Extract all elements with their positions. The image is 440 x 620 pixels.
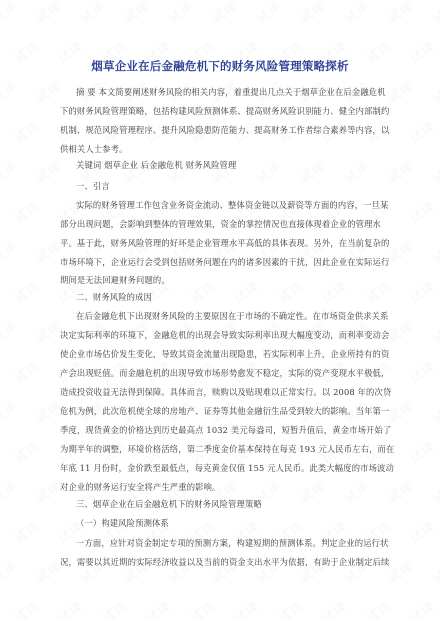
document-page: 试读试读试读试读试读试读试读试读试读试读试读试读试读试读试读试读试读试读试读试读… (0, 0, 440, 620)
watermark-text: 试读 (339, 0, 373, 27)
abstract-line: 摘 要 本文简要阐述财务风险的相关内容，着重提出几点关于烟草企业在后金融危机 (60, 87, 380, 98)
watermark-text: 试读 (0, 476, 21, 508)
watermark-text: 试读 (383, 0, 417, 27)
watermark-text: 试读 (405, 116, 439, 148)
watermark-text: 试读 (427, 76, 440, 108)
watermark-text: 试读 (405, 356, 439, 388)
watermark-text: 试读 (185, 596, 219, 620)
watermark-text: 试读 (251, 0, 285, 27)
document-title: 烟草企业在后金融危机下的财务风险管理策略探析 (0, 58, 440, 74)
paragraph-line: 市场环境下，企业运行会受到包括财务问题在内的诸多因素的干扰，因此企业在实际运行 (60, 257, 380, 268)
abstract-line: 下的财务风险管理策略，包括构建风险预测体系、提高财务风险识别能力、健全内部制约 (60, 106, 380, 117)
watermark-text: 试读 (273, 596, 307, 620)
watermark-text: 试读 (427, 396, 440, 428)
watermark-text: 试读 (0, 0, 21, 27)
paragraph-line: 决定实际利率的环境下，金融危机的出现会导致实际利率出现大幅度变动，而利率变动会 (60, 330, 380, 341)
watermark-text: 试读 (141, 596, 175, 620)
subsection-heading-risk-prediction: （一）构建风险预测体系 (60, 518, 380, 529)
paragraph-line: 产会出现贬值。而金融危机的出现导致市场形势愈发不稳定，实际的资产变现水平极低， (60, 368, 380, 379)
watermark-text: 试读 (9, 436, 43, 468)
watermark-text: 试读 (9, 596, 43, 620)
section-heading-strategies: 三、烟草企业在后金融危机下的财务风险管理策略 (60, 499, 380, 510)
watermark-text: 试读 (427, 316, 440, 348)
paragraph-line: 部分出现问题，会影响到整体的管理效果，资金的掌控情况也直接体现着企业的管理水 (60, 219, 380, 230)
watermark-text: 试读 (9, 516, 43, 548)
section-heading-intro: 一、引言 (60, 181, 380, 192)
paragraph-line: 造成投资收益无法得到保障。具体而言，赎购以及贴现难以正常实行。以 2008 年的… (60, 387, 380, 398)
watermark-text: 试读 (427, 156, 440, 188)
watermark-text: 试读 (0, 156, 21, 188)
watermark-text: 试读 (0, 76, 21, 108)
watermark-text: 试读 (405, 596, 439, 620)
watermark-text: 试读 (383, 476, 417, 508)
watermark-text: 试读 (427, 476, 440, 508)
watermark-text: 试读 (383, 156, 417, 188)
paragraph-line: 况，需要以其近期的实际经济收益以及当前的资金支出水平为依据，有助于企业制定后续 (60, 557, 380, 568)
watermark-text: 试读 (163, 0, 197, 27)
watermark-text: 试读 (207, 0, 241, 27)
watermark-text: 试读 (0, 396, 21, 428)
watermark-text: 试读 (427, 556, 440, 588)
watermark-text: 试读 (427, 236, 440, 268)
watermark-text: 试读 (97, 596, 131, 620)
paragraph-line: 季度，现货黄金的价格达到历史最高点 1032 美元每盎司，短暂升值后，黄金市场开… (60, 425, 380, 436)
watermark-text: 试读 (9, 196, 43, 228)
section-heading-causes: 二、财务风险的成因 (60, 292, 380, 303)
paragraph-line: 对企业的财务运行安全将产生严重的影响。 (60, 482, 380, 493)
watermark-text: 试读 (229, 596, 263, 620)
watermark-text: 试读 (0, 236, 21, 268)
paragraph-line: 危机为例，此次危机使全球的房地产、证券等其他金融衍生品受到较大的影响。当年第一 (60, 406, 380, 417)
paragraph-line: 使企业市场估价发生变化，导致其资金流量出现隐患，若实际利率上升，企业所持有的资 (60, 349, 380, 360)
watermark-text: 试读 (75, 0, 109, 27)
watermark-text: 试读 (119, 0, 153, 27)
watermark-text: 试读 (383, 76, 417, 108)
paragraph-line: 年底 11 月份时，金价跌至最低点，每克黄金仅值 155 元人民币。此类大幅度的… (60, 463, 380, 474)
paragraph-line: 平。基于此，财务风险管理的好坏是企业管理水平高低的具体表现。另外，在当前复杂的 (60, 238, 380, 249)
watermark-text: 试读 (405, 516, 439, 548)
watermark-text: 试读 (53, 596, 87, 620)
abstract-line: 供相关人士参考。 (60, 144, 380, 155)
watermark-text: 试读 (295, 0, 329, 27)
paragraph-line: 期间是无法回避财务问题的。 (60, 275, 380, 286)
watermark-text: 试读 (9, 116, 43, 148)
watermark-text: 试读 (9, 276, 43, 308)
watermark-text: 试读 (405, 196, 439, 228)
watermark-text: 试读 (405, 436, 439, 468)
watermark-text: 试读 (9, 356, 43, 388)
paragraph-line: 一方面，应针对资金制定专项的预测方案，构建短期的预测体系。判定企业的运行状 (60, 538, 380, 549)
abstract-line: 机制、规范风险管理程序、提升风险隐患防范能力、提高财务工作者综合素养等内容，以 (60, 125, 380, 136)
watermark-text: 试读 (405, 276, 439, 308)
paragraph-line: 实际的财务管理工作包含业务资金流动、整体资金链以及薪资等方面的内容，一旦某 (60, 200, 380, 211)
paragraph-line: 为期半年的调整，环境价格活络，第二季度金价基本保持在每克 193 元人民币左右，… (60, 444, 380, 455)
watermark-text: 试读 (427, 0, 440, 27)
paragraph-line: 在后金融危机下出现财务风险的主要原因在于市场的不确定性。在市场资金供求关系 (60, 311, 380, 322)
keywords: 关键词 烟草企业 后金融危机 财务风险管理 (60, 160, 380, 171)
watermark-text: 试读 (31, 0, 65, 27)
watermark-text: 试读 (317, 596, 351, 620)
watermark-text: 试读 (361, 596, 395, 620)
watermark-text: 试读 (0, 556, 21, 588)
watermark-text: 试读 (0, 316, 21, 348)
